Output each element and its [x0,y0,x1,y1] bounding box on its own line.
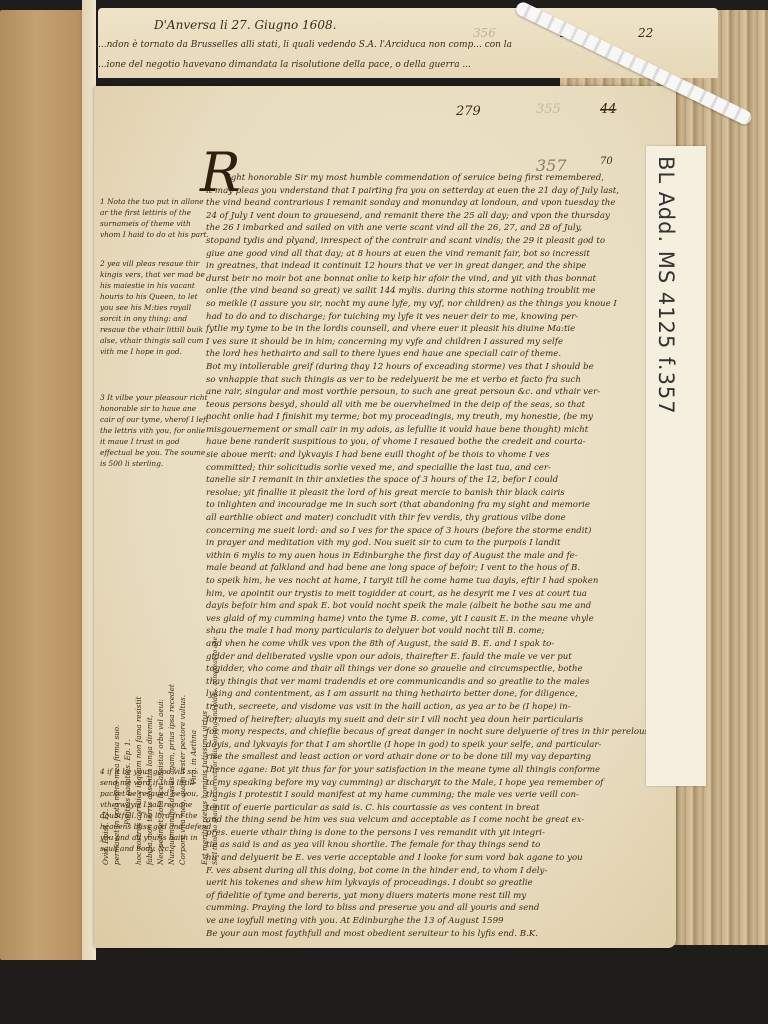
folio-number-70: 70 [600,156,613,167]
latin-note-line: Pontius pacatius. Ep. 1. [122,515,133,865]
letter-line: thingis I protestit I sould manifest at … [206,789,656,802]
margin-note-text: Nota the tuo put in allone ar the first … [100,197,209,239]
folio-number-279: 279 [456,104,481,119]
letter-line: misgouernement or small cair in my adois… [206,424,656,437]
struck-folio-44: 44 [600,102,617,117]
latin-note-line: Nec perimet; tota licet absistar orbe ve… [155,515,166,865]
letter-line: dayis befoir him and spak E. bot vould n… [206,600,656,613]
margin-note-number: 2 [100,259,105,268]
letter-line: 24 of July I vent doun to grauesend, and… [206,210,656,223]
underlying-italian-letter: D'Anversa li 27. Giugno 1608. ...ndon è … [98,8,718,78]
letter-line: thay thingis that ver mami tradendis et … [206,676,656,689]
latin-note-line: fabula, non terris absentia longa diremi… [144,515,155,865]
letter-line: male beand at falkland and had bene ane … [206,562,656,575]
letter-line: gidder and deliberated vyslie vpon our a… [206,651,656,664]
letter-line: rise the smallest and least action or vo… [206,751,656,764]
letter-line: shau the male I had mony particularis to… [206,625,656,638]
letter-line: so vnhappie that such thingis as ver to … [206,374,656,387]
shelfmark-label: BL Add. MS 4125 f.357 [654,156,678,415]
letter-line: teous persons besyd, should all vith me … [206,399,656,412]
letter-line: vithin 6 mylis to my auen hous in Edinbu… [206,550,656,563]
letter-line: giue ane good vind all that day; at 8 ho… [206,248,656,261]
italian-line-2: ...ione del negotio havevano dimandata l… [98,60,471,70]
letter-body: ight honorable Sir my most humble commen… [206,172,656,940]
letter-line: I ves sure it should be in him; concerni… [206,336,656,349]
letter-line: all earthlie obiect and mater) concludit… [206,512,656,525]
margin-note-number: 3 [100,393,105,402]
shelfmark-slip: BL Add. MS 4125 f.357 [646,146,706,786]
letter-line: durst beir no moir bot ane bonnat onlie … [206,273,656,286]
letter-line: in prayer and meditation vith my god. No… [206,537,656,550]
letter-line: and the thing send be him ves sua velcum… [206,814,656,827]
letter-line: ve ane ioyfull meting vith you. At Edinb… [206,915,656,928]
letter-line: so meikle (I assure you sir, nocht my au… [206,298,656,311]
margin-note-number: 1 [100,197,105,206]
latin-note-line: hoc nostros corruice inquam non fama res… [133,515,144,865]
letter-line: concerning me sueit lord: and so I ves f… [206,525,656,538]
italian-line-1: ...ndon è tornato da Brusselles alli sta… [98,40,512,50]
letter-line: F. ves absent during all this doing, bot… [206,865,656,878]
letter-line: resolue; yit finallie it pleasit the lor… [206,487,656,500]
letter-line: treuth, secreete, and visdome vas vsit i… [206,701,656,714]
margin-note-text: It vilbe your pleasour richt honorable s… [100,393,209,468]
letter-line: to my speaking before my vay cumming) ar… [206,777,656,790]
latin-note-line: permanet in voto mens mea firma suo. [111,515,122,865]
letter-line: onlie (the vind beand so great) ve saili… [206,285,656,298]
margin-note-2: 2 yea vill pleas resaue thir kingis vers… [100,258,212,357]
letter-line: and vhen he come vhilk ves vpon the 8th … [206,638,656,651]
letter-line: to speik him, he ves nocht at hame, I ta… [206,575,656,588]
letter-line: nocht onlie had I finishit my terme; bot… [206,411,656,424]
margin-note-text: yea vill pleas resaue thir kingis vers, … [100,259,205,356]
letter-line: formed of heirefter; aluayis my sueit an… [206,714,656,727]
letter-line: the lord hes hethairto and sall to there… [206,348,656,361]
book-left-cover [0,10,92,960]
letter-line: ight honorable Sir my most humble commen… [206,172,656,185]
latin-note-line: Sir I think no shame to correct for this… [210,515,221,865]
pencil-folio-356: 356 [473,26,496,40]
margin-note-3: 3 It vilbe your pleasour richt honorable… [100,392,212,469]
letter-line: of fidelitie of tyme and bereris, yat mo… [206,890,656,903]
letter-line: togidder, vho come and thair all things … [206,663,656,676]
pencil-folio-355: 355 [536,102,561,117]
letter-line: the vind beand contrarious I remanit son… [206,197,656,210]
letter-line: it may pleas you vnderstand that I pairt… [206,185,656,198]
letter-line: tentit of euerie particular as said is. … [206,802,656,815]
letter-line: cumming. Praying the lord to bliss and p… [206,902,656,915]
letter-line: pres. euerie vthair thing is done to the… [206,827,656,840]
italian-dateline: D'Anversa li 27. Giugno 1608. [154,18,336,32]
latin-note-line: Corpore vita meo, quam vester pectore vu… [177,515,188,865]
letter-line: ane rair, singular and most vorthie pers… [206,386,656,399]
letter-line: to inlighten and incouradge me in such s… [206,499,656,512]
letter-line: ves glaid of my cumming hame) vnto the t… [206,613,656,626]
latin-note-line: Nunquam animo divisus agam, prius ipsa r… [166,515,177,865]
letter-line: dayis, and lykvayis for that I am shortl… [206,739,656,752]
letter-line: committed; thir solicitudis sorlie vexed… [206,462,656,475]
letter-line: haue bene randerit suspitious to you, of… [206,436,656,449]
vertical-latin-notes: Ovid. Epist. 12. permanet in voto mens m… [100,515,221,865]
letter-line: him, ve apointit our trystis to meit tog… [206,588,656,601]
letter-signature: Be your aun most faythfull and most obed… [206,928,656,941]
latin-note-line: Est meritis pietas hominis tutissima vir… [199,515,210,865]
letter-line: tanelie sir I remanit in thir anxieties … [206,474,656,487]
letter-line: Bot my intollerable greif (during thay 1… [206,361,656,374]
letter-line: hir and delyuerit be E. ves verie accept… [206,852,656,865]
letter-line: for mony respects, and chieflie becaus o… [206,726,656,739]
letter-line: had to do and to discharge; for tuiching… [206,311,656,324]
letter-line: uerit his tokenes and shew him lykvayis … [206,877,656,890]
latin-note-line: Ovid. Epist. 12. [100,515,111,865]
latin-note-line: Virg. in Aethna [188,515,199,865]
letter-line: thence agane: Bot yit thus far for your … [206,764,656,777]
letter-line: sie aboue merit: and lykvayis I had bene… [206,449,656,462]
margin-note-1: 1 Nota the tuo put in allone ar the firs… [100,196,212,240]
letter-line: fytlie my tyme to be in the lordis couns… [206,323,656,336]
letter-line: stopand tydis and plyand, inrespect of t… [206,235,656,248]
letter-line: in greatnes, that indead it continuit 12… [206,260,656,273]
letter-line: lyking and contentment, as I am assurit … [206,688,656,701]
folio-22: 22 [638,26,653,40]
letter-line: tie as said is and as yea vill knou shor… [206,839,656,852]
letter-line: the 26 I imbarked and sailed on vith ane… [206,222,656,235]
